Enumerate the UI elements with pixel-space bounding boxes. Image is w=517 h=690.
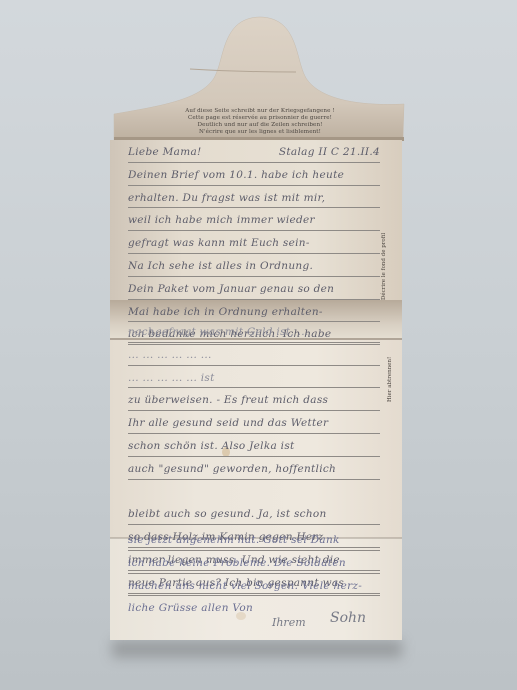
signature-closing: Ihrem [272,616,306,629]
letter-line: Deinen Brief vom 10.1. habe ich heute [128,163,380,186]
letter-header-line: Liebe Mama! Stalag II C 21.II.4 [128,140,380,163]
letter-line: sie jetzt angenehm hat. Gott sei Dank [128,528,380,551]
letter-line: schon schön ist. Also Jelka ist [128,434,380,457]
letter-line: machen uns nicht viel Sorgen. Viele herz… [128,574,380,597]
letter-line: erhalten. Du fragst was ist mit mir, [128,186,380,209]
letter-line: zu überweisen. - Es freut mich dass [128,388,380,411]
instruction-line: N'écrire que sur les lignes et lisibleme… [150,129,370,136]
letter-line: ich habe keine Probleme. Die Soldaten [128,551,380,574]
handwritten-letter-bottom: sie jetzt angenehm hat. Gott sei Dank ic… [128,528,380,619]
instruction-line: Cette page est réservée au prisonnier de… [150,115,370,122]
letter-line: ... ... ... ... ... ist [128,366,380,389]
place-date: Stalag II C 21.II.4 [279,140,380,163]
side-note-lower: Hier abtrennen! [387,357,393,402]
letter-line [128,480,380,503]
paper-shadow [112,640,402,658]
handwritten-letter-top: Liebe Mama! Stalag II C 21.II.4 Deinen B… [128,140,380,345]
letter-line: bleibt auch so gesund. Ja, ist schon [128,502,380,525]
letter-line: Dein Paket vom Januar genau so den [128,277,380,300]
letter-line: gefragt was kann mit Euch sein- [128,231,380,254]
instruction-line: Auf diese Seite schreibt nur der Kriegsg… [150,108,370,115]
letter-line: Mai habe ich in Ordnung erhalten- [128,300,380,323]
greeting: Liebe Mama! [128,146,202,158]
letter-line: Na Ich sehe ist alles in Ordnung. [128,254,380,277]
printed-instructions: Auf diese Seite schreibt nur der Kriegsg… [150,108,370,136]
instruction-line: Deutlich und nur auf die Zeilen schreibe… [150,122,370,129]
letter-line: auch "gesund" geworden, hoffentlich [128,457,380,480]
side-note-upper: Décrire le fond de profil [381,233,387,300]
letter-line: nachgefragt was mit Geld ist, ... [128,320,380,343]
letter-line: ... ... ... ... ... ... [128,343,380,366]
letter-line: weil ich habe mich immer wieder [128,208,380,231]
letter-line: Ihr alle gesund seid und das Wetter [128,411,380,434]
signature-name: Sohn [330,610,366,626]
